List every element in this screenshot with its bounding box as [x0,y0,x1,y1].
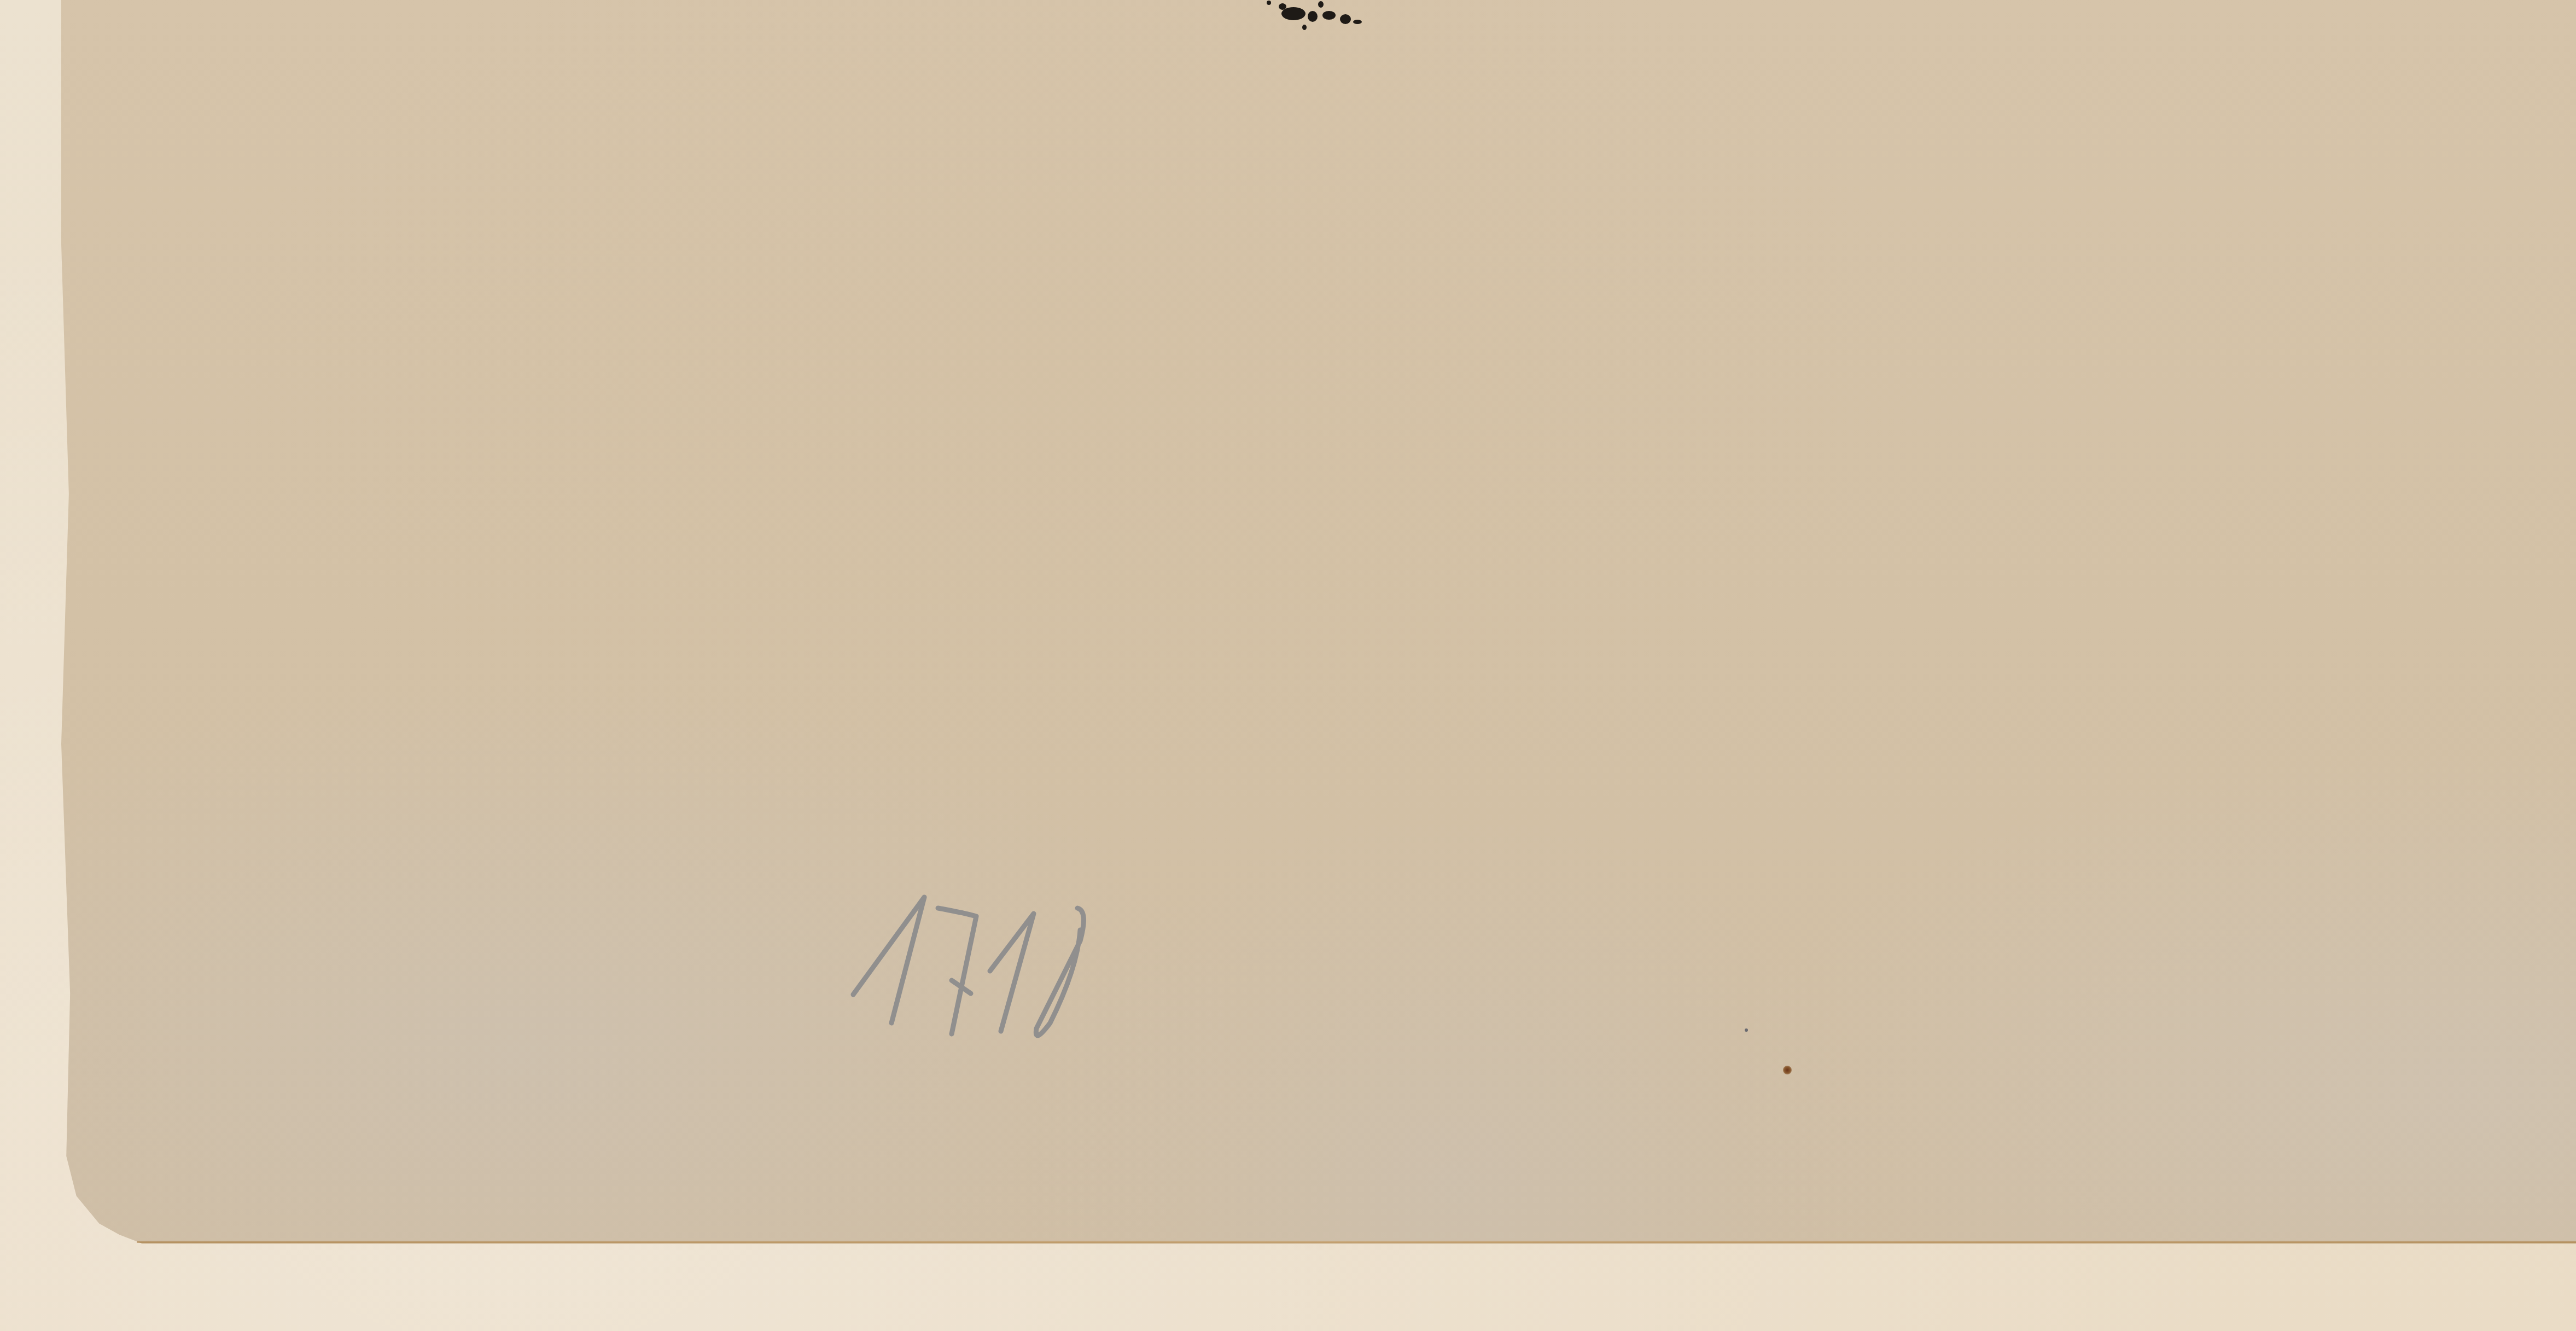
pencil-inscription [820,864,1203,1039]
paper-bottom-edge [137,1241,2576,1243]
small-speck [1745,1028,1748,1032]
paper-sheet [61,0,2576,1243]
ink-blot [1258,0,1367,33]
rust-spot [1783,1066,1792,1074]
